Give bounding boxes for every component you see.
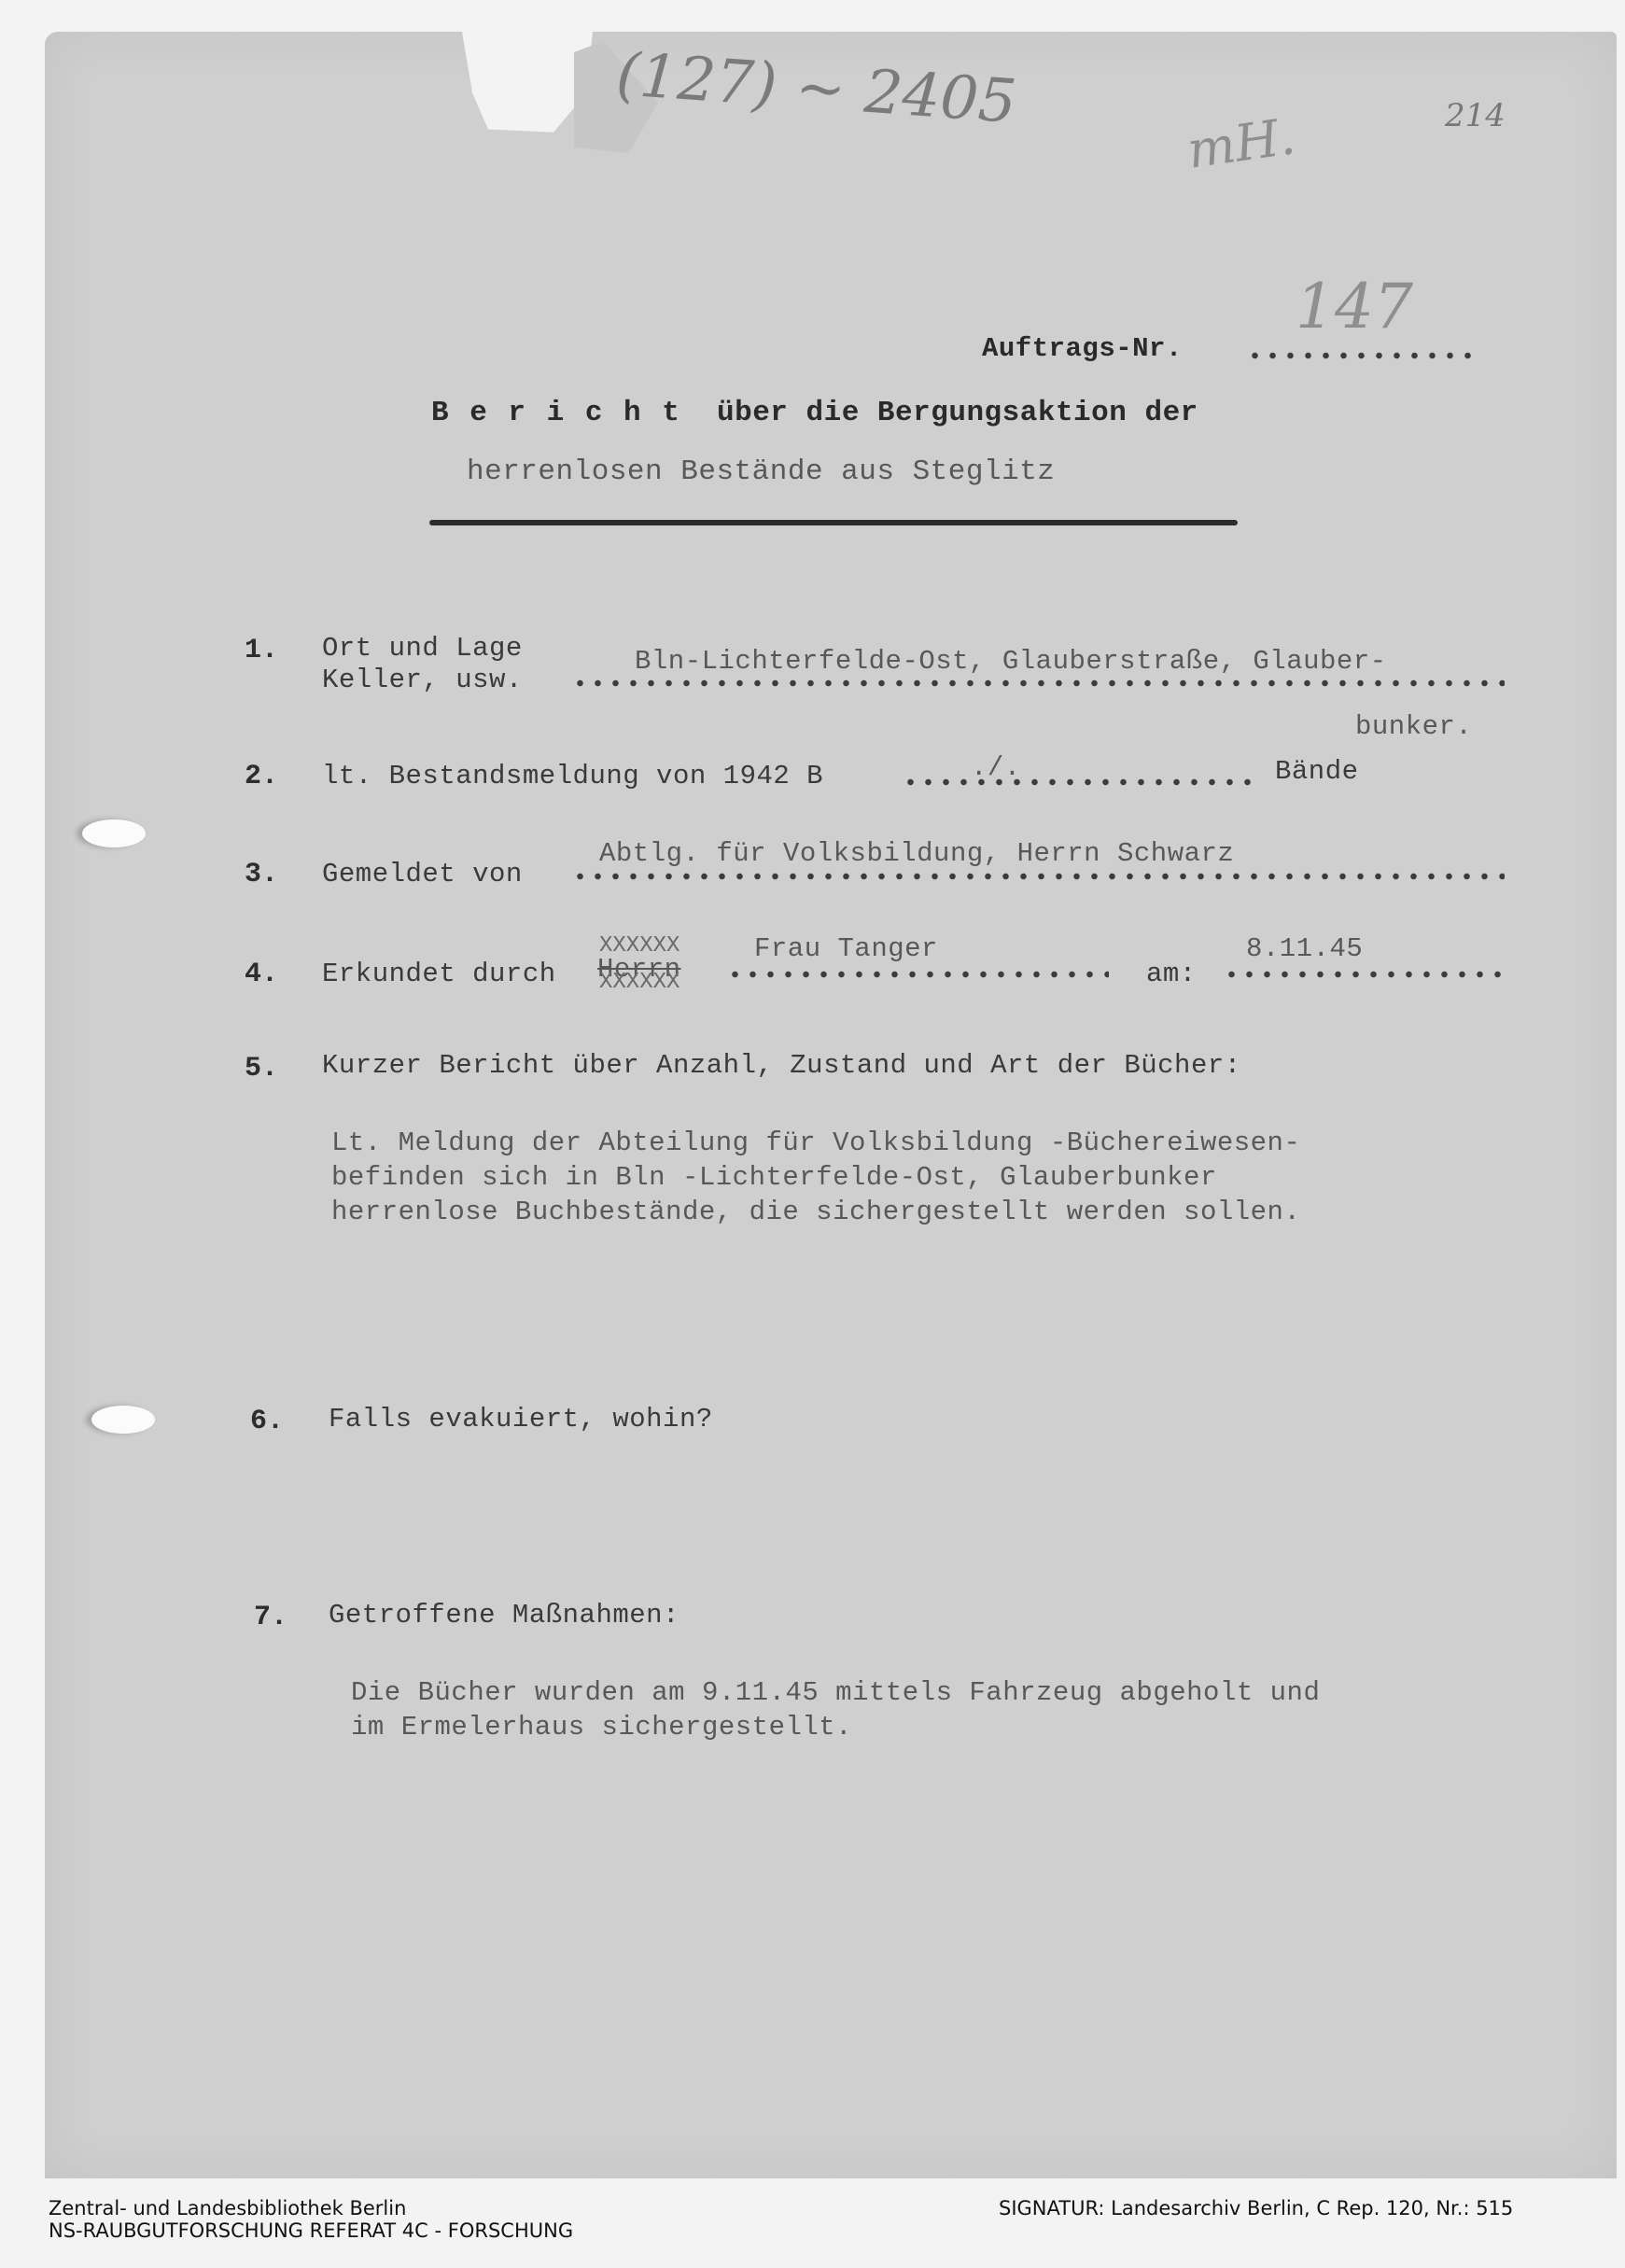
item-number: 1. — [245, 635, 278, 666]
strike-marks-bottom: XXXXXX — [599, 973, 679, 993]
dotted-line — [571, 873, 1505, 880]
item-number: 7. — [254, 1602, 287, 1633]
item-label: Gemeldet von — [322, 859, 523, 889]
item-label: Getroffene Maßnahmen: — [329, 1600, 679, 1631]
location-value: Bln-Lichterfelde-Ost, Glauberstraße, Gla… — [635, 646, 1387, 677]
reported-by-value: Abtlg. für Volksbildung, Herrn Schwarz — [599, 838, 1234, 869]
measures-body-line: im Ermelerhaus sichergestellt. — [351, 1712, 852, 1743]
item-label: Kurzer Bericht über Anzahl, Zustand und … — [322, 1050, 1241, 1081]
footer-department: NS-RAUBGUTFORSCHUNG REFERAT 4C - FORSCHU… — [49, 2219, 573, 2242]
item-label: Ort und Lage — [322, 633, 523, 664]
item-number: 4. — [245, 959, 278, 990]
item-label: lt. Bestandsmeldung von 1942 B — [322, 761, 823, 791]
dotted-line — [902, 778, 1256, 786]
item-number: 5. — [245, 1053, 278, 1085]
volume-unit: Bände — [1275, 756, 1359, 787]
report-subtitle: herrenlosen Bestände aus Steglitz — [467, 455, 1055, 488]
punch-hole-bottom — [91, 1406, 155, 1434]
dotted-line — [726, 971, 1109, 978]
report-title-spaced: B e r i c h t — [431, 397, 681, 429]
order-number-field — [1246, 352, 1479, 359]
date-value: 8.11.45 — [1246, 933, 1363, 964]
report-body-line: befinden sich in Bln -Lichterfelde-Ost, … — [331, 1162, 1217, 1193]
explored-by-value: Frau Tanger — [754, 933, 938, 964]
dotted-line — [1223, 971, 1503, 978]
order-number-label: Auftrags-Nr. — [982, 333, 1183, 364]
item-label: Erkundet durch — [322, 959, 556, 989]
item-number: 2. — [245, 761, 278, 792]
report-body-line: Lt. Meldung der Abteilung für Volksbildu… — [331, 1127, 1300, 1158]
footer-institution: Zentral- und Landesbibliothek Berlin — [49, 2197, 406, 2219]
item-label: Falls evakuiert, wohin? — [329, 1404, 713, 1435]
item-number: 6. — [250, 1406, 284, 1437]
title-underline — [429, 520, 1238, 525]
handwritten-page-number: 214 — [1445, 97, 1506, 134]
dotted-line — [571, 679, 1505, 687]
handwritten-order-number: 147 — [1296, 271, 1413, 343]
footer-signature: SIGNATUR: Landesarchiv Berlin, C Rep. 12… — [999, 2197, 1513, 2219]
location-value-cont: bunker. — [1355, 711, 1472, 742]
item-number: 3. — [245, 859, 278, 890]
punch-hole-top — [82, 819, 146, 847]
volume-count-value: ./. — [971, 752, 1021, 783]
date-label: am: — [1146, 959, 1197, 989]
measures-body-line: Die Bücher wurden am 9.11.45 mittels Fah… — [351, 1677, 1320, 1708]
report-body-line: herrenlose Buchbestände, die sichergeste… — [331, 1197, 1300, 1227]
report-title: über die Bergungsaktion der — [717, 397, 1198, 429]
item-label: Keller, usw. — [322, 665, 523, 695]
